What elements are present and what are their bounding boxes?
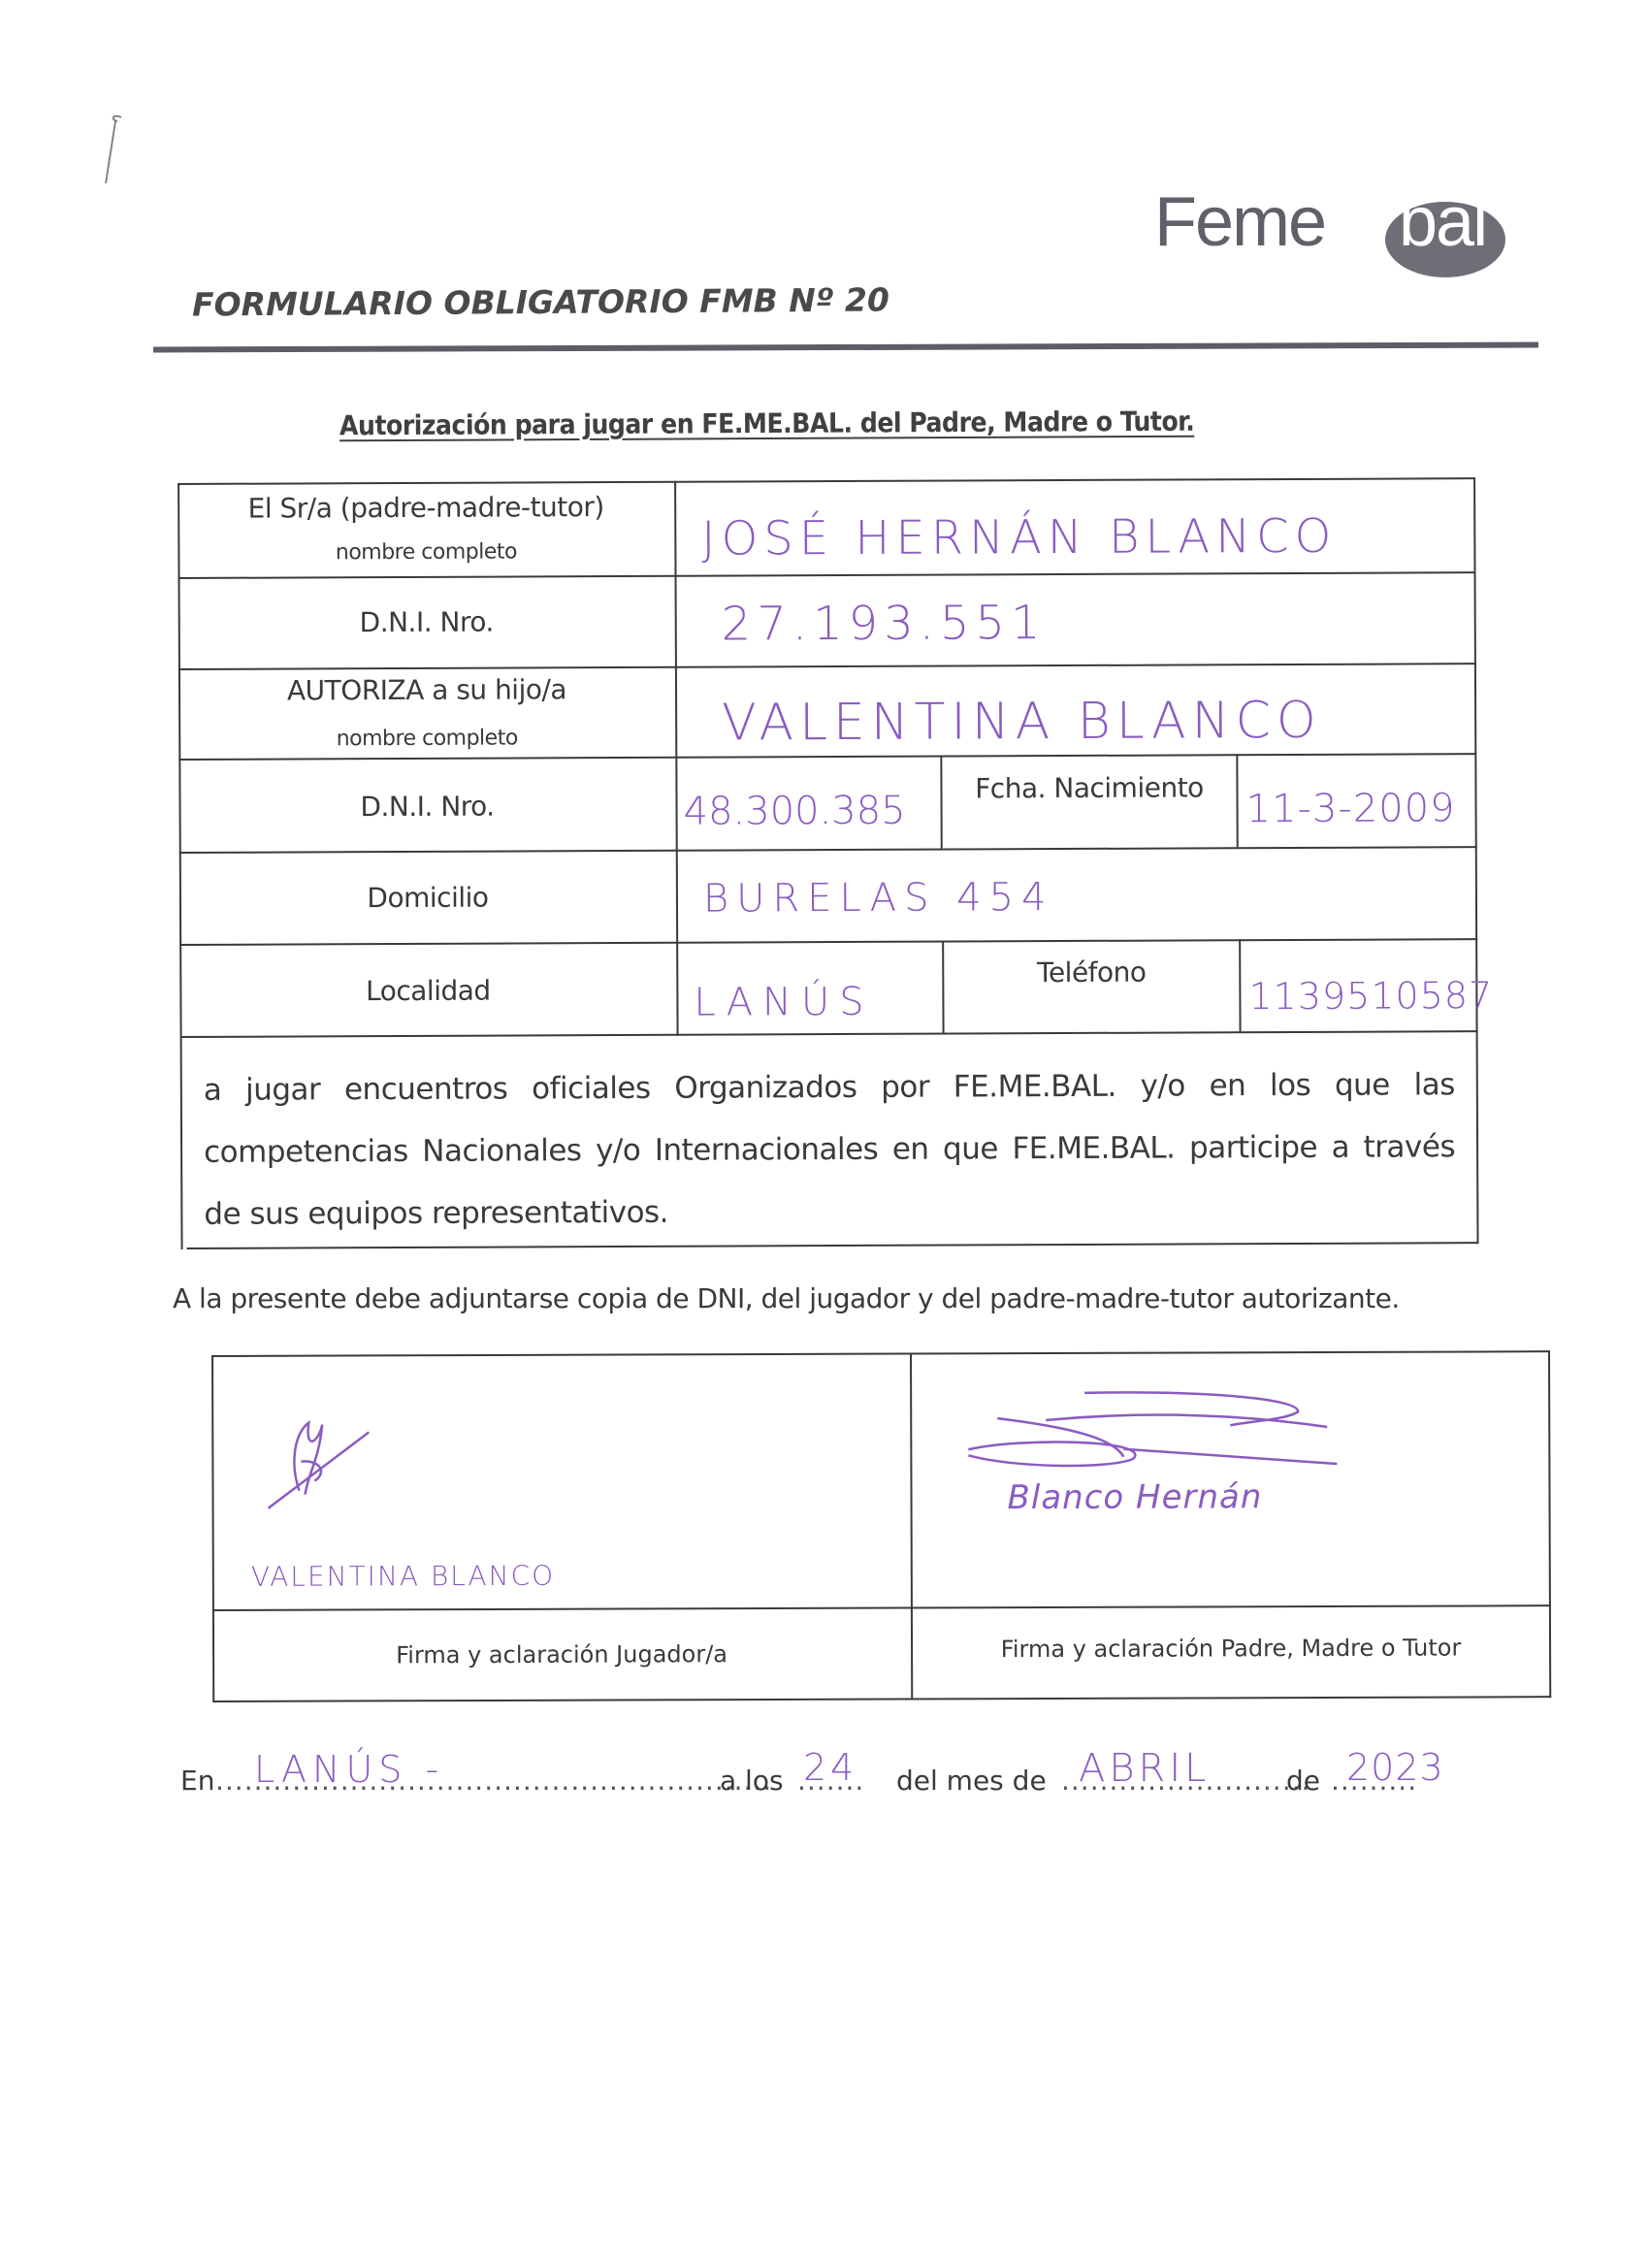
phone-field[interactable]: 1139510587 — [1248, 974, 1493, 1018]
month-field[interactable]: ABRIL — [1079, 1746, 1210, 1791]
child-dni-field[interactable]: 48.300.385 — [683, 789, 905, 834]
address-field[interactable]: BURELAS 454 — [703, 875, 1054, 922]
place-field[interactable]: LANÚS - — [254, 1748, 444, 1791]
row-divider — [178, 663, 1476, 670]
sig-border-top — [211, 1350, 1550, 1357]
child-name-field[interactable]: VALENTINA BLANCO — [722, 692, 1322, 753]
parent-dni-label: D.N.I. Nro. — [178, 605, 675, 639]
row-divider — [180, 1030, 1478, 1038]
signature-table: VALENTINA BLANCO Firma y aclaración Juga… — [211, 1350, 1551, 1702]
row-divider — [178, 753, 1476, 761]
table-border-right — [1473, 477, 1478, 1244]
authorization-form-table: El Sr/a (padre-madre-tutor) nombre compl… — [178, 458, 1479, 1251]
a-los-label: a los — [720, 1765, 784, 1797]
en-label: En — [180, 1765, 214, 1797]
parent-signature[interactable] — [958, 1371, 1366, 1478]
player-signature-label: Firma y aclaración Jugador/a — [212, 1639, 911, 1669]
document-subtitle: Autorización para jugar en FE.ME.BAL. de… — [339, 405, 1194, 442]
parent-label: El Sr/a (padre-madre-tutor) — [178, 491, 674, 525]
locality-label: Localidad — [179, 974, 676, 1008]
year-field[interactable]: 2023 — [1346, 1746, 1444, 1789]
row-divider — [179, 938, 1477, 946]
femebal-logo: Feme bal — [1154, 175, 1523, 272]
attachment-note: A la presente debe adjuntarse copia de D… — [173, 1282, 1400, 1314]
sig-border-bottom — [212, 1696, 1551, 1702]
authorization-text: a jugar encuentros oficiales Organizados… — [204, 1053, 1456, 1246]
birthdate-field[interactable]: 11-3-2009 — [1245, 786, 1455, 831]
table-border-left — [178, 483, 182, 1249]
parent-dni-field[interactable]: 27.193.551 — [722, 596, 1047, 651]
logo-text: Feme — [1154, 182, 1325, 262]
phone-label: Teléfono — [944, 956, 1239, 988]
player-signature[interactable] — [260, 1403, 376, 1509]
authorizes-label: AUTORIZA a su hijo/a — [178, 673, 675, 707]
child-dni-label: D.N.I. Nro. — [178, 790, 675, 824]
column-divider — [1236, 754, 1238, 847]
locality-field[interactable]: LANÚS — [694, 980, 873, 1025]
header-divider — [153, 342, 1538, 353]
child-sublabel: nombre completo — [178, 726, 675, 752]
player-clarification: VALENTINA BLANCO — [251, 1560, 556, 1593]
row-divider — [179, 846, 1477, 854]
table-border-top — [178, 477, 1475, 485]
column-divider — [1239, 939, 1241, 1032]
de-label: de — [1286, 1765, 1320, 1797]
address-label: Domicilio — [179, 881, 676, 915]
sig-row-divider — [212, 1604, 1551, 1611]
parent-clarification: Blanco Hernán — [1007, 1477, 1262, 1517]
birthdate-label: Fcha. Nacimiento — [942, 771, 1236, 804]
day-field[interactable]: 24 — [803, 1746, 857, 1789]
form-title: FORMULARIO OBLIGATORIO FMB Nº 20 — [192, 280, 889, 323]
date-place-line: En .....................................… — [180, 1746, 1480, 1804]
del-mes-de-label: del mes de — [896, 1765, 1047, 1797]
logo-text-oval: bal — [1399, 182, 1486, 262]
parent-sublabel: nombre completo — [178, 539, 674, 566]
parent-signature-label: Firma y aclaración Padre, Madre o Tutor — [911, 1634, 1551, 1663]
parent-name-field[interactable]: JOSÉ HERNÁN BLANCO — [701, 509, 1337, 567]
pen-mark — [100, 113, 129, 189]
row-divider — [178, 571, 1476, 579]
